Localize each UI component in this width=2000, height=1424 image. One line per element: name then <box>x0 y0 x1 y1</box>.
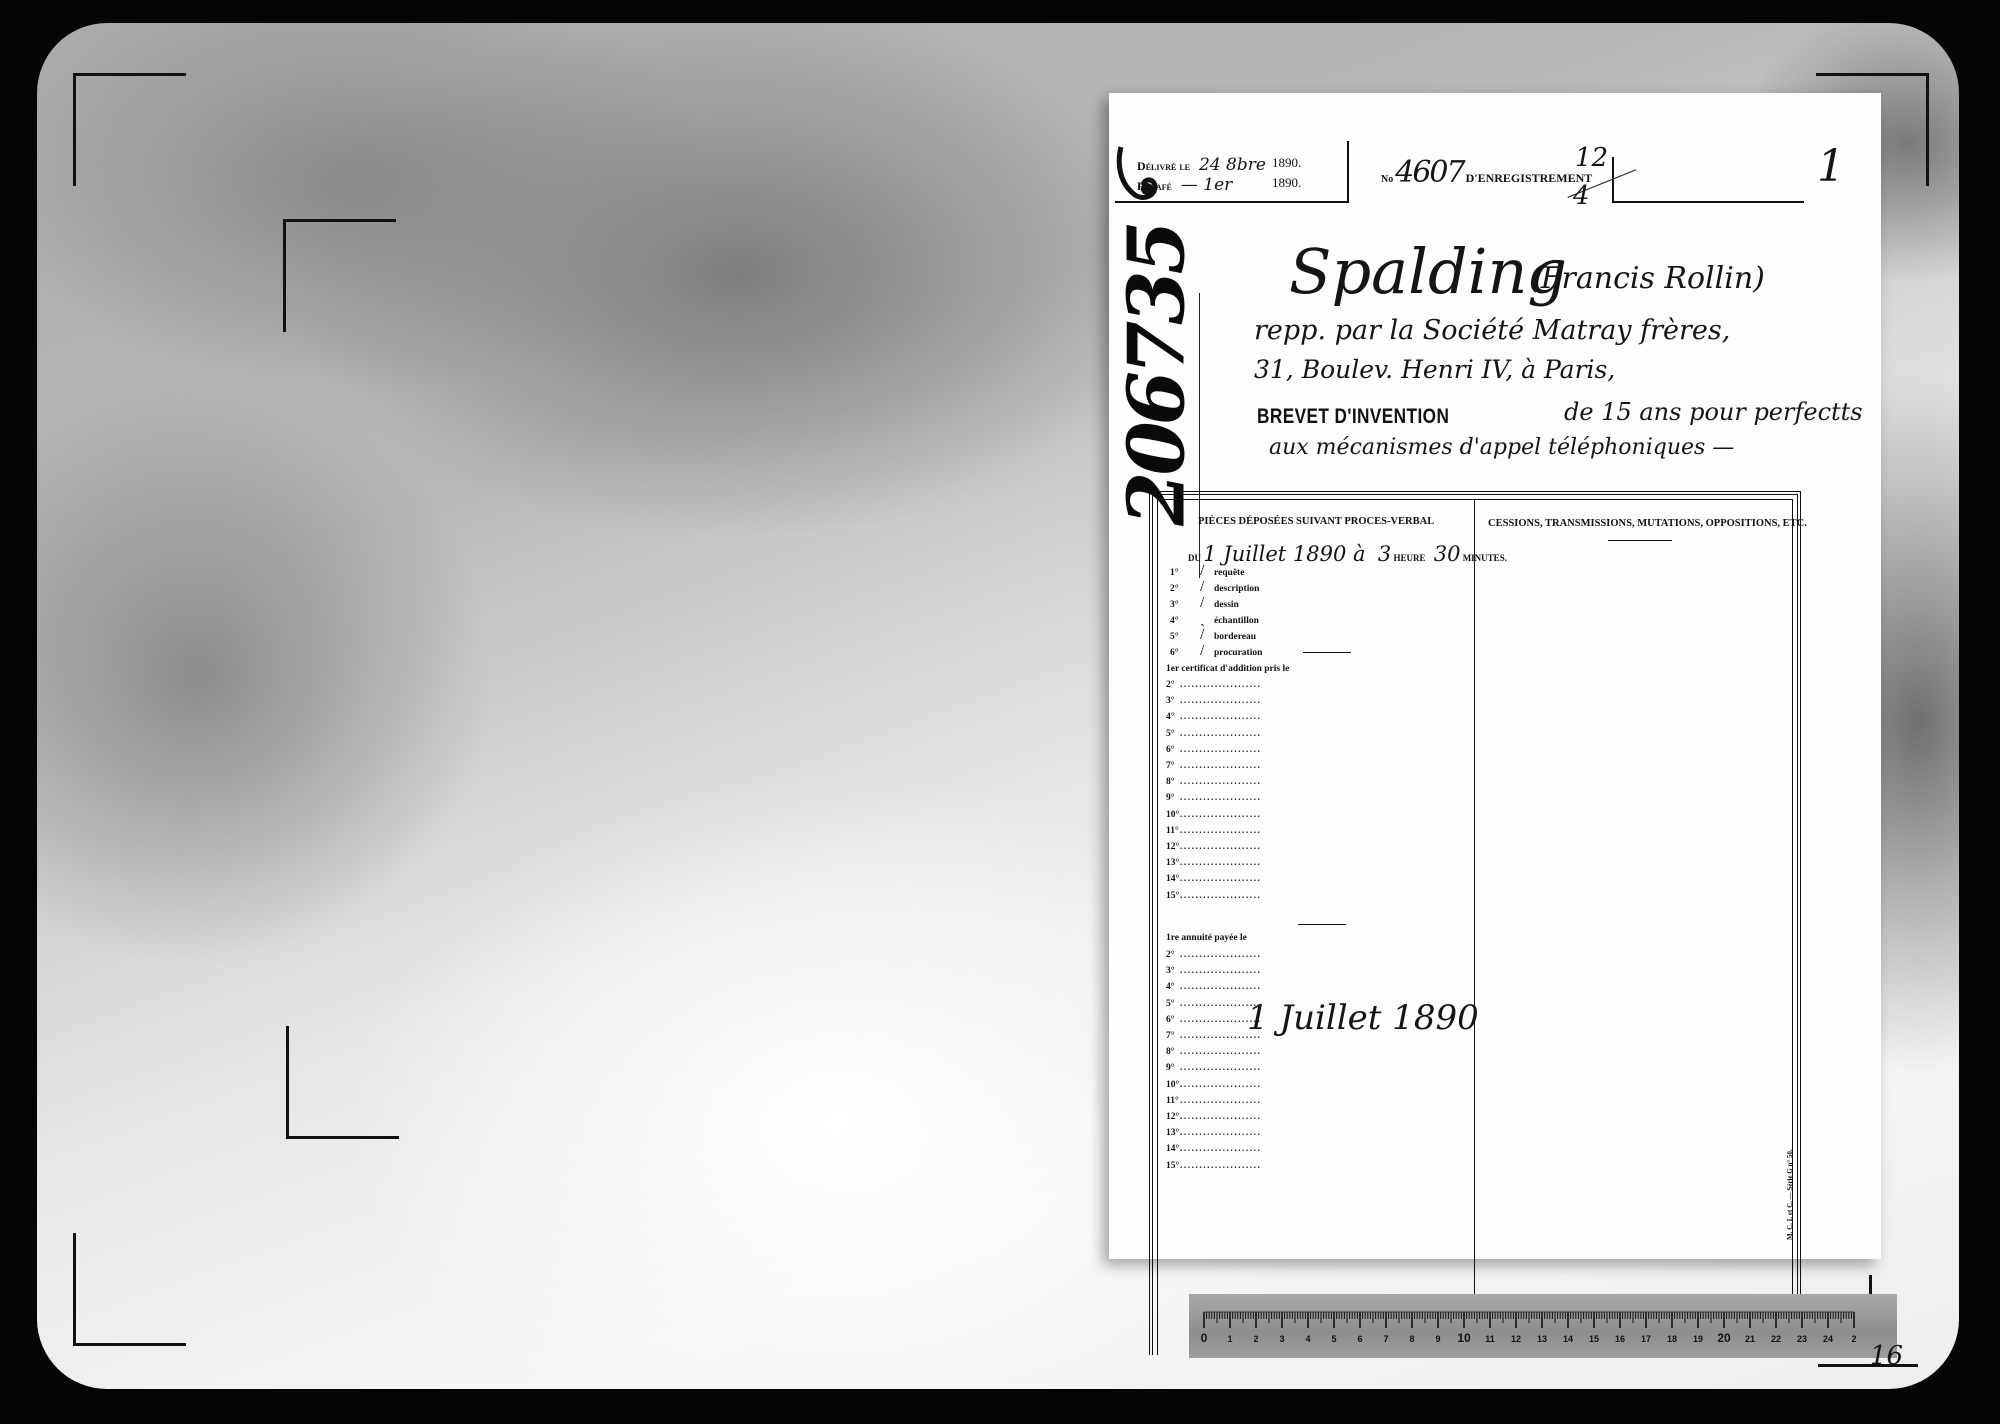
column-divider <box>1474 500 1475 1355</box>
svg-text:18: 18 <box>1667 1334 1677 1344</box>
piece-item: 6°/procuration <box>1170 642 1262 658</box>
section-rule <box>1303 652 1351 653</box>
svg-text:17: 17 <box>1641 1334 1651 1344</box>
dotted-leader: ..................... <box>1180 793 1261 803</box>
patent-register-sheet: Délivré le 24 8bre 1890. Parafé — 1er 18… <box>1109 93 1881 1259</box>
row-number: 9° <box>1166 793 1180 803</box>
row-number: 6° <box>1166 745 1180 755</box>
dotted-leader: ..................... <box>1180 826 1261 836</box>
ruler-scale: 0123456789101112131415161718192021222324… <box>1189 1294 1897 1358</box>
svg-text:14: 14 <box>1563 1334 1573 1344</box>
piece-label: procuration <box>1214 648 1262 658</box>
certificat-first-row: 1er certificat d'addition pris le <box>1166 664 1289 674</box>
row-number: 7° <box>1166 1031 1180 1041</box>
row-number: 3° <box>1166 966 1180 976</box>
cessions-rule <box>1608 540 1672 541</box>
row-number: 5° <box>1166 729 1180 739</box>
svg-text:7: 7 <box>1383 1334 1388 1344</box>
dotted-leader: ..................... <box>1180 858 1261 868</box>
dotted-leader: ..................... <box>1180 680 1261 690</box>
piece-number: 1° <box>1170 568 1200 578</box>
row-number: 15° <box>1166 1161 1180 1171</box>
ledger-row: 3°..................... <box>1166 696 1261 706</box>
certificat-first-label: 1er certificat d'addition pris le <box>1166 664 1289 674</box>
no-label: No <box>1381 174 1393 185</box>
annuite-first-value: 1 Juillet 1890 <box>1247 998 1479 1038</box>
pv-minutes-value: 30 <box>1434 542 1461 566</box>
measurement-ruler: 0123456789101112131415161718192021222324… <box>1189 1294 1897 1358</box>
annuite-first-label: 1re annuité payée le <box>1166 933 1247 943</box>
applicant-address: 31, Boulev. Henri IV, à Paris, <box>1254 355 1615 384</box>
dotted-leader: ..................... <box>1180 712 1261 722</box>
piece-label: requête <box>1214 568 1244 578</box>
pv-heure-value: 3 <box>1378 542 1391 566</box>
ledger-inner-frame: PIÈCES DÉPOSÉES SUIVANT PROCES-VERBAL DU… <box>1157 499 1793 1355</box>
row-number: 8° <box>1166 1047 1180 1057</box>
row-number: 12° <box>1166 1112 1180 1122</box>
svg-text:13: 13 <box>1537 1334 1547 1344</box>
svg-text:9: 9 <box>1435 1334 1440 1344</box>
dotted-leader: ..................... <box>1180 777 1261 787</box>
piece-number: 6° <box>1170 648 1200 658</box>
svg-text:23: 23 <box>1797 1334 1807 1344</box>
ledger-row: 3°..................... <box>1166 966 1261 976</box>
row-number: 9° <box>1166 1063 1180 1073</box>
piece-item: 3°/dessin <box>1170 594 1239 610</box>
piece-number: 5° <box>1170 632 1200 642</box>
section-rule <box>1298 924 1346 925</box>
folio-mark: 1 <box>1817 141 1845 192</box>
dotted-leader: ..................... <box>1180 1112 1261 1122</box>
ledger-row: 14°..................... <box>1166 1144 1261 1154</box>
svg-text:19: 19 <box>1693 1334 1703 1344</box>
ledger-row: 6°..................... <box>1166 745 1261 755</box>
applicant-representative: repp. par la Société Matray frères, <box>1254 315 1730 346</box>
vertical-number-text: 206735 <box>1112 224 1203 526</box>
row-number: 10° <box>1166 810 1180 820</box>
piece-item: 5°/bordereau <box>1170 626 1256 642</box>
row-number: 15° <box>1166 891 1180 901</box>
svg-text:22: 22 <box>1771 1334 1781 1344</box>
crop-mark-inner-bottom-left <box>286 1026 399 1139</box>
svg-text:16: 16 <box>1615 1334 1625 1344</box>
svg-text:20: 20 <box>1717 1331 1731 1345</box>
row-number: 2° <box>1166 680 1180 690</box>
delivre-year: 1890. <box>1272 155 1301 171</box>
piece-item: 4°ˏéchantillon <box>1170 610 1259 626</box>
svg-text:5: 5 <box>1331 1334 1336 1344</box>
piece-number: 2° <box>1170 584 1200 594</box>
svg-text:15: 15 <box>1589 1334 1599 1344</box>
minutes-label: MINUTES. <box>1463 553 1507 563</box>
dotted-leader: ..................... <box>1180 891 1261 901</box>
svg-text:4: 4 <box>1305 1334 1310 1344</box>
piece-label: échantillon <box>1214 616 1259 626</box>
ledger-row: 11°..................... <box>1166 1096 1261 1106</box>
crop-mark-outer-top-left <box>73 73 186 186</box>
ledger-row: 10°..................... <box>1166 1080 1261 1090</box>
ledger-row: 13°..................... <box>1166 858 1261 868</box>
printer-mark: M. C. I. et C. — Série G n° 50. <box>1786 1149 1794 1240</box>
registration-box-line <box>1612 157 1804 203</box>
ledger-row: 2°..................... <box>1166 680 1261 690</box>
row-number: 11° <box>1166 826 1180 836</box>
ledger-row: 14°..................... <box>1166 874 1261 884</box>
row-number: 4° <box>1166 712 1180 722</box>
applicant-surname: Spalding <box>1289 235 1567 308</box>
ledger-row: 11°..................... <box>1166 826 1261 836</box>
dotted-leader: ..................... <box>1180 874 1261 884</box>
piece-label: description <box>1214 584 1259 594</box>
dotted-leader: ..................... <box>1180 1047 1261 1057</box>
brevet-label: BREVET D'INVENTION <box>1257 405 1449 429</box>
svg-text:12: 12 <box>1511 1334 1521 1344</box>
row-number: 8° <box>1166 777 1180 787</box>
dotted-leader: ..................... <box>1180 1096 1261 1106</box>
ledger-row: 15°..................... <box>1166 891 1261 901</box>
dotted-leader: ..................... <box>1180 729 1261 739</box>
dotted-leader: ..................... <box>1180 810 1261 820</box>
piece-label: dessin <box>1214 600 1239 610</box>
ledger-row: 10°..................... <box>1166 810 1261 820</box>
svg-text:2: 2 <box>1851 1334 1856 1344</box>
dotted-leader: ..................... <box>1180 966 1261 976</box>
row-number: 3° <box>1166 696 1180 706</box>
svg-text:11: 11 <box>1485 1334 1495 1344</box>
ledger-frame: PIÈCES DÉPOSÉES SUIVANT PROCES-VERBAL DU… <box>1149 491 1801 1355</box>
ledger-row: 13°..................... <box>1166 1128 1261 1138</box>
dotted-leader: ..................... <box>1180 745 1261 755</box>
heure-label: HEURE <box>1393 553 1425 563</box>
dotted-leader: ..................... <box>1180 1161 1261 1171</box>
ledger-row: 9°..................... <box>1166 793 1261 803</box>
ledger-row: 12°..................... <box>1166 842 1261 852</box>
row-number: 2° <box>1166 950 1180 960</box>
dotted-leader: ..................... <box>1180 842 1261 852</box>
piece-label: bordereau <box>1214 632 1256 642</box>
pieces-heading: PIÈCES DÉPOSÉES SUIVANT PROCES-VERBAL <box>1198 516 1434 527</box>
crop-mark-inner-top-left <box>283 219 396 332</box>
ledger-row: 9°..................... <box>1166 1063 1261 1073</box>
fraction-top: 12 <box>1575 143 1608 173</box>
piece-number: 4° <box>1170 616 1200 626</box>
ledger-row: 4°..................... <box>1166 982 1261 992</box>
row-number: 4° <box>1166 982 1180 992</box>
fraction-bottom: 4 <box>1573 181 1590 211</box>
crop-mark-outer-bottom-left <box>73 1233 186 1346</box>
svg-text:8: 8 <box>1409 1334 1414 1344</box>
dotted-leader: ..................... <box>1180 1080 1261 1090</box>
row-number: 7° <box>1166 761 1180 771</box>
dotted-leader: ..................... <box>1180 1128 1261 1138</box>
registration-number: No4607D'ENREGISTREMENT <box>1381 155 1592 190</box>
ledger-row: 4°..................... <box>1166 712 1261 722</box>
dotted-leader: ..................... <box>1180 696 1261 706</box>
check-mark-icon: / <box>1200 642 1214 660</box>
row-number: 14° <box>1166 1144 1180 1154</box>
ledger-row: 12°..................... <box>1166 1112 1261 1122</box>
svg-text:0: 0 <box>1201 1331 1208 1345</box>
row-number: 10° <box>1166 1080 1180 1090</box>
ledger-row: 8°..................... <box>1166 777 1261 787</box>
dotted-leader: ..................... <box>1180 950 1261 960</box>
row-number: 6° <box>1166 1015 1180 1025</box>
piece-item: 2°/description <box>1170 578 1259 594</box>
svg-text:3: 3 <box>1279 1334 1284 1344</box>
row-number: 11° <box>1166 1096 1180 1106</box>
svg-text:21: 21 <box>1745 1334 1755 1344</box>
registration-value: 4607 <box>1395 155 1463 190</box>
annuite-first-row: 1re annuité payée le <box>1166 933 1247 943</box>
ledger-row: 7°..................... <box>1166 761 1261 771</box>
row-number: 13° <box>1166 858 1180 868</box>
applicant-given-names: (Francis Rollin) <box>1529 261 1765 296</box>
delivre-value: 24 8bre <box>1199 155 1266 175</box>
cessions-heading: CESSIONS, TRANSMISSIONS, MUTATIONS, OPPO… <box>1488 518 1807 529</box>
svg-text:2: 2 <box>1253 1334 1258 1344</box>
patent-duration: de 15 ans pour perfectts <box>1564 398 1863 426</box>
parafe-year: 1890. <box>1272 175 1301 191</box>
ledger-row: 8°..................... <box>1166 1047 1261 1057</box>
row-number: 5° <box>1166 999 1180 1009</box>
dotted-leader: ..................... <box>1180 1144 1261 1154</box>
svg-text:1: 1 <box>1227 1334 1232 1344</box>
svg-text:24: 24 <box>1823 1334 1833 1344</box>
dotted-leader: ..................... <box>1180 982 1261 992</box>
row-number: 12° <box>1166 842 1180 852</box>
ledger-row: 5°..................... <box>1166 729 1261 739</box>
page-mark-underline <box>1818 1364 1918 1367</box>
row-number: 13° <box>1166 1128 1180 1138</box>
ledger-row: 2°..................... <box>1166 950 1261 960</box>
ledger-row: 15°..................... <box>1166 1161 1261 1171</box>
dotted-leader: ..................... <box>1180 1063 1261 1073</box>
svg-text:6: 6 <box>1357 1334 1362 1344</box>
piece-item: 1°/requête <box>1170 562 1244 578</box>
patent-title: aux mécanismes d'appel téléphoniques — <box>1269 435 1734 460</box>
piece-number: 3° <box>1170 600 1200 610</box>
dotted-leader: ..................... <box>1180 761 1261 771</box>
svg-text:10: 10 <box>1457 1331 1471 1345</box>
row-number: 14° <box>1166 874 1180 884</box>
